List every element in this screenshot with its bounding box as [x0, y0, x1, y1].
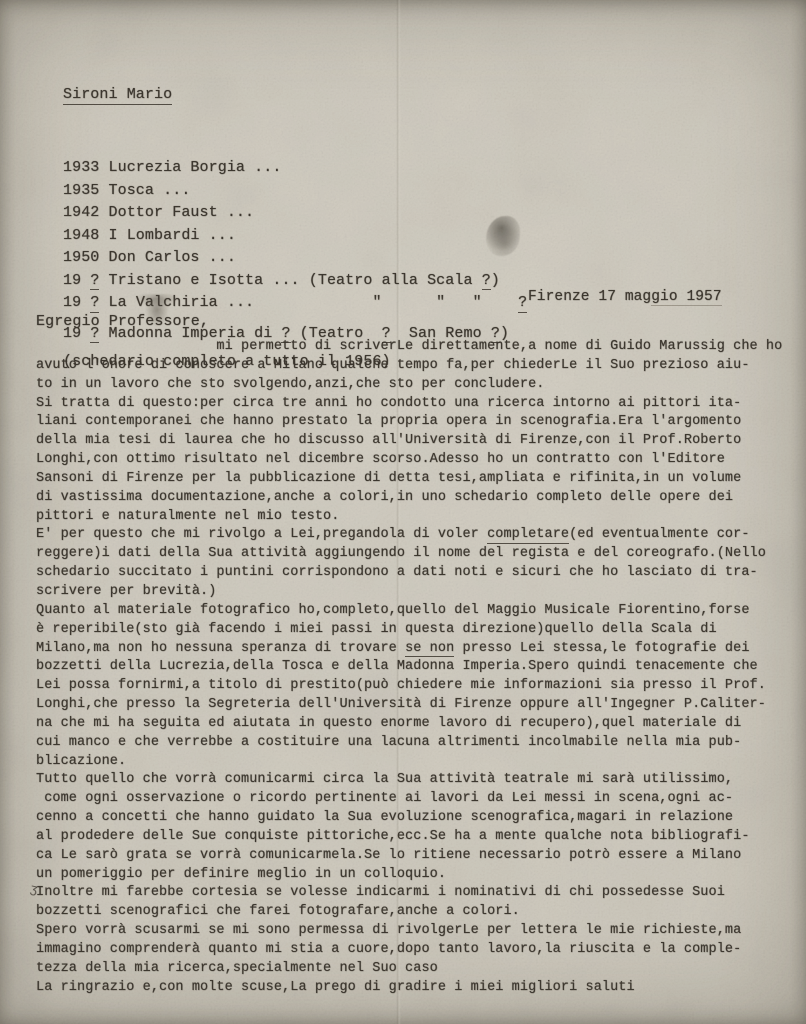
letter-body-line: come ogni osservazione o ricordo pertine… [36, 790, 782, 809]
letter-body-line: Longhi,con ottimo risultato nel dicembre… [36, 451, 782, 470]
letter-body-line: to in un lavoro che sto svolgendo,anzi,c… [36, 376, 782, 395]
letter-body-line: blicazione. [36, 753, 782, 772]
letter-body-line: cui manco e che verrebbe a costituire un… [36, 734, 782, 753]
letter-body-line: liani contemporanei che hanno prestato l… [36, 413, 782, 432]
letter-body-line: pittori e naturalmente nel mio testo. [36, 508, 782, 527]
letter-body-line: Lei possa fornirmi,a titolo di prestito(… [36, 677, 782, 696]
letter-page: Sironi Mario 1933 Lucrezia Borgia ...193… [0, 0, 806, 1024]
letter-body-line: Sansoni di Firenze per la pubblicazione … [36, 470, 782, 489]
letter-body-line: Longhi,che presso la Segreteria dell'Uni… [36, 696, 782, 715]
work-list-item: 1950 Don Carlos ... [63, 247, 527, 270]
work-list-item: 19 ? La Valchiria ... " " " ? [63, 292, 527, 315]
date-line: Firenze 17 maggio 1957 [528, 289, 722, 305]
letter-body-line: scrivere per brevità.) [36, 583, 782, 602]
letter-body-line: E' per questo che mi rivolgo a Lei,prega… [36, 526, 782, 545]
letter-body-line: un pomeriggio per definire meglio in un … [36, 866, 782, 885]
letter-body-line: na che mi ha seguita ed aiutata in quest… [36, 715, 782, 734]
work-list-item: 19 ? Tristano e Isotta ... (Teatro alla … [63, 270, 527, 293]
letter-body-line: bozzetti della Lucrezia,della Tosca e de… [36, 658, 782, 677]
letter-body-line: reggere)i dati della Sua attività aggiun… [36, 545, 782, 564]
letter-body-line: Spero vorrà scusarmi se mi sono permessa… [36, 922, 782, 941]
letter-body-line: tezza della mia ricerca,specialmente nel… [36, 960, 782, 979]
greeting: Egregio Professore, [36, 313, 209, 330]
letter-body-line: al prodedere delle Sue conquiste pittori… [36, 828, 782, 847]
letter-body-line: mi permetto di scriverLe direttamente,a … [36, 338, 782, 357]
letter-body-line: schedario succitato i puntini corrispond… [36, 564, 782, 583]
letter-body-line: Inoltre mi farebbe cortesia se volesse i… [36, 884, 782, 903]
letter-body-line: Quanto al materiale fotografico ho,compl… [36, 602, 782, 621]
letter-body-line: ca Le sarò grata se vorrà comunicarmela.… [36, 847, 782, 866]
letter-body-line: Milano,ma non ho nessuna speranza di tro… [36, 640, 782, 659]
letter-body-line: avuto l'onore di conoscere a Milano qual… [36, 357, 782, 376]
artist-name-heading: Sironi Mario [63, 84, 527, 106]
work-list-item: 1942 Dottor Faust ... [63, 202, 527, 225]
letter-body-line: cenno a concetti che hanno guidato la Su… [36, 809, 782, 828]
letter-body-line: Si tratta di questo:per circa tre anni h… [36, 395, 782, 414]
letter-body: mi permetto di scriverLe direttamente,a … [36, 338, 782, 998]
work-list-item: 1933 Lucrezia Borgia ... [63, 157, 527, 180]
work-list-item: 1948 I Lombardi ... [63, 225, 527, 248]
letter-body-line: di vastissima documentazione,anche a col… [36, 489, 782, 508]
letter-body-line: immagino comprenderà quanto mi stia a cu… [36, 941, 782, 960]
letter-body-line: Tutto quello che vorrà comunicarmi circa… [36, 771, 782, 790]
work-list-item: 1935 Tosca ... [63, 180, 527, 203]
letter-body-line: è reperibile(sto già facendo i miei pass… [36, 621, 782, 640]
letter-body-line: bozzetti scenografici che farei fotograf… [36, 903, 782, 922]
letter-body-line: della mia tesi di laurea che ho discusso… [36, 432, 782, 451]
letter-body-line: La ringrazio e,con molte scuse,La prego … [36, 979, 782, 998]
